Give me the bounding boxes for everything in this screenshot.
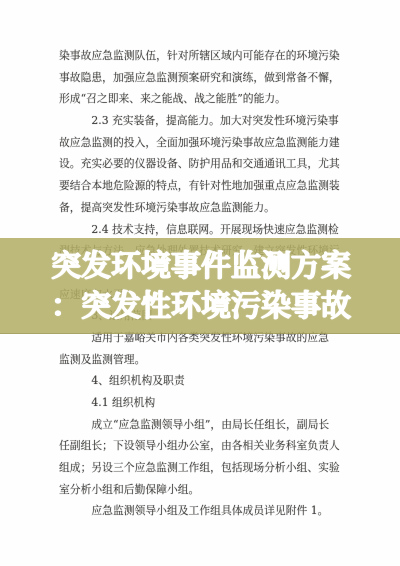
text-line: 组成；另设三个应急监测工作组，包括现场分析小组、实验 (59, 457, 359, 479)
text-line: 成立“应急监测领导小组”，由局长任组长，副局长 (59, 414, 359, 436)
text-line: 形成“召之即来、来之能战、战之能胜”的能力。 (59, 88, 359, 110)
text-line: 任副组长；下设领导小组办公室，由各相关业务科室负责人 (59, 435, 359, 457)
text-line: 室分析小组和后勤保障小组。 (59, 479, 359, 501)
text-line: 染事故应急监测队伍，针对所辖区域内可能存在的环境污染 (59, 45, 359, 67)
text-line: 故应急监测的投入，全面加强环境污染事故应急监测能力建 (59, 132, 359, 154)
text-line: 事故隐患，加强应急监测预案研究和演练，做到常备不懈， (59, 67, 359, 89)
hero-title: 突发环境事件监测方案 ：突发性环境污染事故 (51, 247, 351, 327)
hero-title-line2: ：突发性环境污染事故 (51, 287, 351, 327)
article-page: 染事故应急监测队伍，针对所辖区域内可能存在的环境污染事故隐患，加强应急监测预案研… (0, 0, 400, 566)
hero-title-line1: 突发环境事件监测方案 (51, 247, 351, 287)
text-line: 要结合本地危险源的特点，有针对性地加强重点应急监测装 (59, 175, 359, 197)
text-line: 4、组织机构及职责 (59, 370, 359, 392)
text-line: 应急监测领导小组及工作组具体成员详见附件 1。 (59, 500, 359, 522)
text-line: 设。充实必要的仪器设备、防护用品和交通通讯工具，尤其 (59, 153, 359, 175)
text-line: 2.3 充实装备，提高能力。加大对突发性环境污染事 (59, 110, 359, 132)
text-line: 备，提高突发性环境污染事故应急监测能力。 (59, 197, 359, 219)
text-line: 4.1 组织机构 (59, 392, 359, 414)
text-line: 监测及监测管理。 (59, 349, 359, 371)
text-line: 2.4 技术支持，信息联网。开展现场快速应急监测检 (59, 219, 359, 241)
